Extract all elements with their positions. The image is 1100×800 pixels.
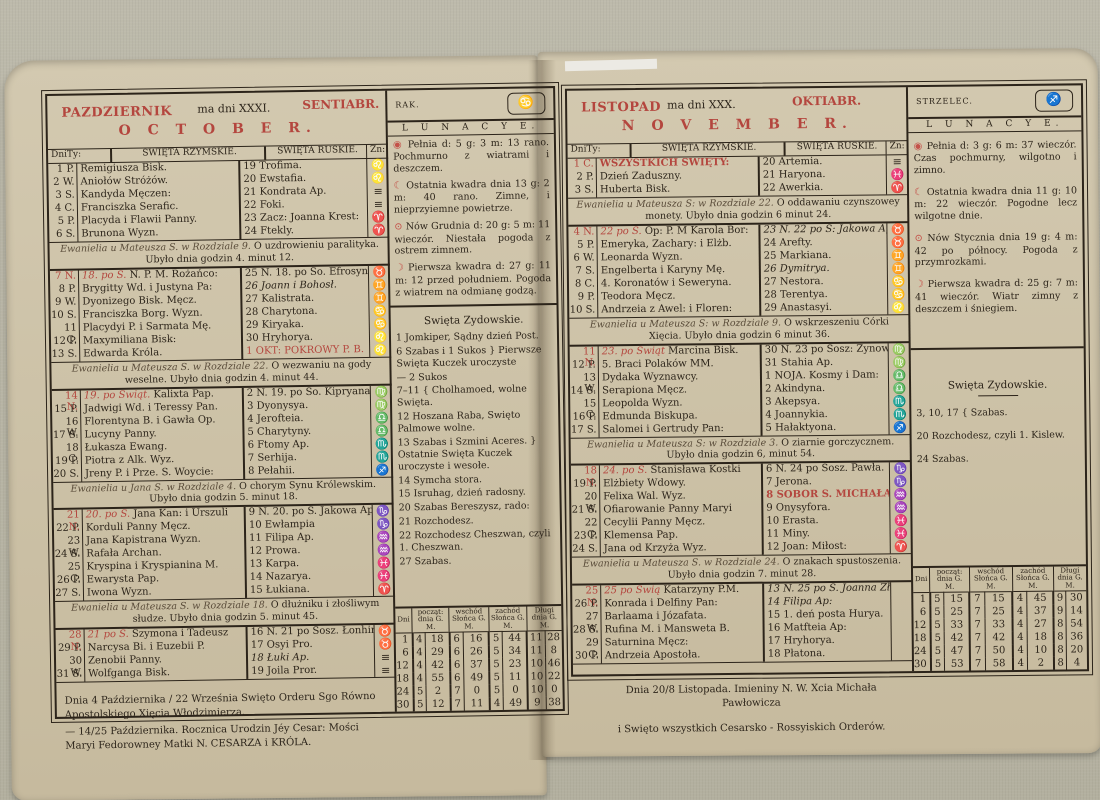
sun-table-cell: 4 — [1066, 656, 1087, 669]
russian-feast: 19 Joila Pror. — [251, 664, 374, 679]
leo-icon: ♌ — [374, 330, 388, 343]
sun-table-cell: 16 — [463, 632, 489, 646]
sun-table-cell: 5 — [489, 645, 503, 658]
day: 6 S. — [49, 229, 75, 242]
november-gospel-4: Ewanielia u Mateusza S. w Rozdziale 24. … — [572, 554, 912, 585]
sun-table-cell: 42 — [985, 631, 1013, 644]
sun-table-cell: 33 — [944, 619, 970, 632]
sun-table-cell: 45 — [1027, 591, 1054, 605]
aquarius-icon: ♒ — [894, 501, 908, 514]
sun-table-cell: 0 — [546, 683, 563, 696]
pisces-icon: ♓ — [377, 570, 391, 583]
russian-feast: 27 Nestora. — [764, 275, 887, 289]
sagittarius-icon: ♐ — [376, 463, 390, 476]
sun-table-cell: 10 — [527, 657, 545, 670]
sun-table-cell: 7 — [970, 644, 985, 657]
october-title-pl: PAZDZIERNIK — [61, 104, 172, 121]
russian-feast: 12 Joan: Miłost: — [767, 541, 890, 555]
sun-table-cell: 18 — [1027, 631, 1054, 644]
new-moon-icon: ⊙ — [394, 222, 403, 233]
sun-table-cell: 5 — [931, 645, 945, 658]
sun-table-header: począt: dnia G. M. — [930, 567, 970, 592]
sun-table-cell: 54 — [1066, 617, 1087, 630]
day: 20 W. — [571, 492, 597, 505]
russian-sunday: 13 N. 25 po S. Joanna Złat: — [767, 582, 890, 596]
footnote-birthday: — 14/25 Października. Rocznica Urodzin J… — [65, 721, 389, 753]
october-calendar: PAZDZIERNIK ma dni XXXI. SENTIABR. O C T… — [45, 86, 565, 719]
october-footnotes: Dnia 4 Października / 22 Września Swięto… — [56, 678, 397, 753]
gemini-icon: ≡ — [381, 664, 390, 677]
day: 21 S. — [571, 505, 597, 518]
lunar-first-quarter: ☽ Pierwsza kwadra d: 27 g: 11 m: 12 prze… — [390, 257, 557, 301]
october-week-3: 14 N. 15 P. 16 W. 17 S. 18 C. 19 P. 20 S… — [52, 385, 393, 482]
taurus-icon: ♉ — [372, 265, 386, 278]
sagittarius-icon: ♐ — [893, 421, 907, 434]
russian-feast: 14 Filipa Ap: — [767, 595, 890, 609]
november-title-en: N O V E M B E R. — [567, 115, 907, 135]
pisces-icon: ♓ — [894, 527, 908, 540]
sun-table-header: Dni — [395, 608, 412, 633]
roman-feast: Wolfganga Bisk. — [88, 666, 246, 681]
sunday: 28 N. — [56, 630, 82, 643]
sun-table-cell: 49 — [504, 697, 529, 710]
sun-table-cell: 22 — [546, 670, 563, 683]
day-holiday: 1 C. — [568, 158, 594, 171]
sun-table-cell: 15 — [985, 592, 1013, 606]
day: 22 P. — [54, 523, 80, 536]
day: 13 W. — [570, 372, 596, 385]
sun-table-cell: 10 — [528, 683, 546, 696]
taurus-icon: ♉ — [378, 638, 392, 651]
day: 29 C. — [573, 637, 599, 650]
russian-feast: 10 Erasta. — [766, 515, 889, 529]
sun-table-header: Długi dnia G. M. — [1053, 566, 1086, 591]
sun-table-header: Długi dnia G. M. — [527, 606, 562, 631]
sun-table-cell: 11 — [503, 671, 528, 684]
november-title-pl: LISTOPAD — [581, 100, 661, 116]
sun-table-cell: 26 — [464, 645, 490, 658]
october-days-count: ma dni XXXI. — [197, 103, 270, 117]
day: 27 S. — [55, 588, 81, 601]
sunday: 4 N. — [568, 226, 594, 239]
pisces-icon: ♓ — [377, 557, 391, 570]
russian-feast: 5 Hałaktyona. — [765, 421, 888, 435]
jewish-holiday: 13 Szabas i Szmini Aceres. } Ostatnie Sw… — [393, 434, 560, 474]
day: 9 P. — [569, 291, 595, 304]
footnote-order-vladimir: Dnia 4 Października / 22 Września Swięto… — [65, 690, 389, 722]
virgo-icon: ♍ — [375, 398, 389, 411]
roman-feast: Edwarda Króla. — [83, 346, 241, 361]
sun-table-cell: 36 — [1066, 630, 1087, 643]
libra-icon: ♎ — [375, 424, 389, 437]
libra-icon: ♎ — [893, 369, 907, 382]
lunar-full-moon: ◉ Pełnia d: 5 g: 3 m: 13 rano. Pochmurno… — [388, 134, 555, 178]
gemini-icon: ♊ — [891, 262, 905, 275]
november-main-column: LISTOPAD ma dni XXX. OKTIABR. N O V E M … — [567, 87, 913, 675]
aquarius-icon: ≡ — [373, 185, 382, 198]
sun-table-cell: 10 — [1028, 644, 1055, 657]
sunday: 21 N. — [54, 510, 80, 523]
scorpio-icon: ♏ — [893, 408, 907, 421]
sun-table-cell: 7 — [450, 698, 464, 711]
sun-table-cell: 44 — [503, 631, 528, 645]
pisces-icon: ♓ — [890, 168, 904, 181]
zodiac-column: ♍ ♍ ♎ ♎ ♏ ♏ ♐ — [888, 343, 911, 434]
aries-icon: ♈ — [894, 540, 908, 553]
col-days: DniTy: — [568, 144, 630, 158]
october-header: PAZDZIERNIK ma dni XXXI. SENTIABR. O C T… — [47, 91, 388, 150]
day: 30 W. — [56, 656, 82, 669]
november-zodiac-sign: STRZELEC. ♐ — [908, 85, 1081, 119]
aquarius-icon: ≡ — [374, 198, 383, 211]
november-sun-table: Dni począt: dnia G. M. wschód Słońca G. … — [913, 564, 1087, 671]
lunar-new-moon: ⊙ Nów Grudnia d: 20 g: 5 m: 11 wieczór. … — [389, 216, 556, 260]
sun-table-cell: 2 — [426, 685, 450, 698]
sun-table-cell: 33 — [985, 618, 1013, 631]
sun-table-cell: 50 — [985, 644, 1013, 657]
sun-table-header: zachód Słońca G. M. — [1012, 567, 1053, 592]
sun-table-cell: 4 — [1013, 657, 1028, 670]
sun-table-cell: 7 — [969, 592, 984, 606]
sun-table-cell: 29 — [426, 646, 450, 659]
november-gospel-1: Ewanielia u Mateusza S: w Rozdziale 22. … — [568, 195, 908, 226]
lunar-full-moon: ◉ Pełnia d: 3 g: 6 m: 37 wieczór. Czas p… — [908, 131, 1081, 179]
sun-table-cell: 30 — [397, 698, 414, 711]
russian-feast: 24 Arefty. — [764, 236, 887, 250]
roman-feast: Kalixta Pap. — [153, 388, 214, 400]
day: 6 W. — [569, 252, 595, 265]
day: 15 P. — [52, 403, 78, 416]
col-roman-feasts: SWIĘTA RZYMSKIE. — [630, 142, 784, 157]
sun-table-cell: 14 — [1066, 604, 1087, 617]
russian-feast: 7 Jerona. — [766, 476, 889, 490]
footnote-name-day: Dnia 20/8 Listopada. Imieniny N. W. Xcia… — [597, 681, 905, 711]
day: 5 P. — [49, 216, 75, 229]
sun-table-cell: 25 — [985, 605, 1013, 618]
roman-feast: N. P. M. Rożańco: — [129, 268, 218, 280]
aries-icon: ♈ — [377, 583, 391, 596]
sun-table-cell: 37 — [464, 658, 490, 671]
october-side-column: RAK. ♋ L U N A C Y E. ◉ Pełnia d: 5 g: 3… — [385, 88, 563, 712]
sunday-label: 24. po S. — [603, 465, 647, 476]
sun-table-cell: 5 — [930, 632, 944, 645]
virgo-icon: ♍ — [374, 385, 388, 398]
russian-feast: 16 Matfteia Ap: — [768, 621, 891, 635]
sun-table-cell: 7 — [970, 618, 985, 631]
libra-icon: ♎ — [375, 411, 389, 424]
sun-table-cell: 37 — [1027, 605, 1054, 618]
sun-table-cell: 4 — [490, 697, 504, 710]
leo-icon: ♌ — [371, 172, 385, 185]
sun-table-cell: 5 — [930, 592, 944, 606]
sun-table-cell: 38 — [546, 696, 563, 709]
russian-feast: 4 Joannykia. — [765, 408, 888, 422]
sun-table-cell: 18 — [396, 672, 413, 685]
november-side-column: STRZELEC. ♐ L U N A C Y E. ◉ Pełnia d: 3… — [906, 85, 1087, 671]
jewish-holiday: 7–11 { Cholhamoed, wolne Swięta. — [392, 383, 558, 411]
sun-table-header: wschód Słońca G. M. — [969, 567, 1012, 592]
sun-table-cell: 8 — [1054, 618, 1066, 631]
sun-table-cell: 4 — [413, 672, 426, 685]
russian-sunday: 30 N. 23 po Sosz: Zynowia. — [765, 343, 888, 357]
sunday-label: 21 po S. — [88, 629, 129, 641]
sunday-label: 20. po S. — [86, 509, 131, 521]
lunar-last-quarter: ☾ Ostatnia kwadra dnia 13 g: 2 m: 40 ran… — [388, 175, 555, 219]
lunar-new-moon: ⊙ Nów Stycznia dnia 19 g: 4 m: 42 po pół… — [909, 223, 1082, 271]
day: 3 S. — [49, 190, 75, 203]
day: 13 S. — [51, 348, 77, 361]
sun-table-cell: 11 — [527, 644, 545, 657]
october-title-en: O C T O B E R. — [48, 119, 388, 141]
zodiac-column: ≡ ♓ ♈ — [886, 155, 908, 194]
sun-table-cell: 42 — [426, 659, 450, 672]
sun-table-cell: 6 — [396, 646, 413, 659]
russian-feast: 24 Ftekly. — [244, 224, 367, 239]
day: 27 W. — [572, 611, 598, 624]
leo-icon: ♌ — [892, 301, 906, 314]
november-gospel-3: Ewanielia u Mateusza S: w Rozdziale 3. O… — [571, 435, 911, 466]
leo-icon: ♌ — [374, 343, 388, 356]
gemini-icon: ♊ — [891, 249, 905, 262]
sun-table-cell: 0 — [503, 684, 528, 697]
sun-table-cell: 6 — [450, 659, 464, 672]
sun-table-cell: 5 — [490, 671, 504, 684]
roman-feast: Stanisława Kostki — [650, 464, 740, 476]
day: 26 P. — [55, 575, 81, 588]
sun-table-cell: 53 — [945, 658, 971, 671]
sun-table-cell: 18 — [426, 632, 450, 646]
sun-table-cell: 8 — [1054, 657, 1066, 670]
sun-table-cell: 5 — [413, 698, 426, 711]
scorpio-icon: ♏ — [893, 395, 907, 408]
day: 2 W. — [48, 177, 74, 190]
sun-table-cell: 0 — [464, 684, 490, 697]
aquarius-icon: ♒ — [377, 531, 391, 544]
scorpio-icon: ♏ — [375, 450, 389, 463]
sun-table-cell: 24 — [396, 685, 413, 698]
roman-feast: Andrzeia Apostoła. — [605, 649, 763, 664]
roman-feast: Brunona Wyzn. — [81, 226, 239, 241]
taurus-icon: ♉ — [891, 223, 905, 236]
november-jewish-holidays: Swięta Zydowskie. 3, 10, 17 { Szabas. 20… — [911, 346, 1085, 467]
russian-feast-st-michael: 8 SOBOR S. MICHAŁA — [766, 489, 889, 503]
col-zodiac: Zn: — [366, 145, 388, 158]
sun-table-cell: 30 — [914, 658, 931, 671]
sun-table-cell: 10 — [528, 670, 546, 683]
jewish-holiday: 24 Szabas. — [912, 442, 1085, 467]
divider — [978, 395, 1018, 396]
jewish-holiday: 27 Szabas. — [394, 553, 560, 569]
day: 28 S. — [573, 624, 599, 637]
sun-table-cell: 8 — [1054, 631, 1066, 644]
sunday: 11 N. — [570, 346, 596, 359]
day: 16 W. — [52, 416, 78, 429]
sunday: 14 N. — [52, 390, 78, 403]
sun-table-cell: 1 — [913, 592, 930, 606]
capricorn-icon: ♑ — [894, 475, 908, 488]
virgo-icon: ♍ — [892, 356, 906, 369]
day: 24 S. — [572, 544, 598, 557]
last-quarter-icon: ☾ — [914, 187, 923, 198]
jewish-holiday: 20 Rozchodesz, czyli 1. Kislew. — [911, 419, 1084, 444]
libra-icon: ♎ — [893, 382, 907, 395]
lunar-last-quarter: ☾ Ostatnia kwadra dnia 11 g: 10 m: 22 wi… — [909, 177, 1082, 225]
november-week-3: 11 N. 12 P. 13 W. 14 S. 15 C. 16 P. 17 S… — [570, 343, 911, 439]
col-russian-feasts: SWIĘTA RUSKIE. — [784, 141, 886, 155]
sun-table-cell: 4 — [412, 633, 425, 647]
sagittarius-centaur-icon: ♐ — [1035, 89, 1073, 111]
sun-table-cell: 4 — [1013, 605, 1028, 618]
sun-row: 305537584284 — [914, 656, 1087, 671]
day: 17 S. — [570, 424, 596, 437]
day: 18 C. — [53, 442, 79, 455]
sunday-label: 22 po S. — [600, 226, 641, 237]
russian-feast: 9 Onysyfora. — [766, 502, 889, 516]
sun-table-cell: 5 — [413, 685, 426, 698]
aquarius-icon: ≡ — [893, 155, 902, 168]
sun-table-cell: 55 — [426, 672, 450, 685]
cancer-icon: ♋ — [892, 275, 906, 288]
day: 24 S. — [54, 549, 80, 562]
capricorn-icon: ♑ — [894, 462, 908, 475]
sun-table-header: począt: dnia G. M. — [412, 608, 449, 633]
october-week-5: 28 N. 29 P. 30 W. 31 S. 21 po S. Szymona… — [56, 625, 397, 683]
november-footnotes: Dnia 20/8 Listopada. Imieniny N. W. Xcia… — [573, 661, 914, 737]
cancer-icon: ♋ — [373, 317, 387, 330]
zodiac-column: ♑ ♑ ♒ ♒ ♓ ♓ ♈ — [889, 462, 912, 553]
day: 9 W. — [50, 296, 76, 309]
day: 29 P. — [56, 643, 82, 656]
october-main-column: PAZDZIERNIK ma dni XXXI. SENTIABR. O C T… — [47, 91, 397, 717]
sun-table-cell: 5 — [490, 684, 504, 697]
russian-feast: 29 Anastasyi. — [764, 301, 887, 315]
sun-table-cell: 42 — [944, 632, 970, 645]
sun-table-cell: 20 — [1066, 643, 1087, 656]
sun-table-cell: 15 — [944, 592, 970, 606]
sun-table-cell: 7 — [970, 631, 985, 644]
russian-feast: 11 Miny. — [767, 528, 890, 542]
gemini-icon: ≡ — [381, 651, 390, 664]
russian-feast: 28 Terentya. — [764, 288, 887, 302]
sun-table-cell: 25 — [944, 606, 970, 619]
sun-table-cell: 24 — [914, 645, 931, 658]
november-week-1: 1 C. 2 P. 3 S. WSZYSTKICH SWIĘTY: Dzień … — [568, 155, 908, 199]
russian-feast: 26 Dymitrya. — [764, 262, 887, 276]
november-days-count: ma dni XXX. — [667, 99, 736, 113]
jewish-holidays-title: Swięta Zydowskie. — [911, 348, 1084, 396]
roman-feast: Huberta Bisk. — [600, 183, 758, 198]
october-lunar-phases: ◉ Pełnia d: 5 g: 3 m: 13 rano. Pochmurno… — [388, 134, 557, 302]
zodiac-label: STRZELEC. — [916, 97, 973, 107]
jewish-holidays-title: Swięta Zydowskie. — [391, 305, 557, 332]
sun-table-cell: 28 — [545, 630, 562, 644]
sun-table-cell: 7 — [450, 685, 464, 698]
sun-table-cell: 12 — [914, 619, 931, 632]
november-header: LISTOPAD ma dni XXX. OKTIABR. N O V E M … — [567, 87, 908, 145]
day: 30 P. — [573, 650, 599, 663]
col-roman-feasts: SWIĘTA RZYMSKIE. — [110, 147, 264, 162]
day: 17 S. — [52, 429, 78, 442]
russian-feast: 17 Hryhorya. — [768, 634, 891, 648]
day: 8 P. — [50, 283, 76, 296]
october-week-1: 1 P. 2 W. 3 S. 4 C. 5 P. 6 S. Remigiusza… — [48, 159, 389, 243]
sun-table-cell: 9 — [1054, 591, 1066, 605]
sun-table-cell: 6 — [450, 672, 464, 685]
sun-table-cell: 5 — [931, 658, 945, 671]
sun-table-cell: 4 — [1012, 591, 1027, 605]
sunday-label: 23. po Swiąt — [602, 345, 665, 357]
zodiac-column: ♉ ♉ ♊ ♊ ♋ ♋ ♌ — [886, 223, 909, 314]
november-week-4: 18 N. 19 P. 20 W. 21 S. 22 C. 23 P. 24 S… — [571, 462, 912, 558]
sun-table-cell: 7 — [970, 605, 985, 618]
gemini-icon: ♊ — [373, 278, 387, 291]
jewish-holiday: 22 Rozchodesz Cheszwan, czyli 1. Cheszwa… — [394, 527, 560, 555]
russian-sunday: 6 N. 24 po Sosz. Pawła. — [766, 463, 889, 477]
russian-sunday: 23 N. 22 po S: Jakowa Apo. — [763, 223, 886, 237]
taurus-icon: ♉ — [378, 625, 392, 638]
new-moon-icon: ⊙ — [914, 233, 923, 244]
first-quarter-icon: ☽ — [915, 279, 924, 290]
aquarius-icon: ♒ — [894, 488, 908, 501]
jewish-holiday: 12 Hoszana Raba, Swięto Palmowe wolne. — [392, 408, 558, 436]
cancer-icon: ♋ — [373, 304, 387, 317]
sun-table-cell: 5 — [930, 619, 944, 632]
november-title-ru: OKTIABR. — [792, 94, 861, 109]
russian-feast: 25 Markiana. — [764, 249, 887, 263]
november-lunar-phases: ◉ Pełnia d: 3 g: 6 m: 37 wieczór. Czas p… — [908, 131, 1083, 318]
russian-feast: 22 Awerkia. — [763, 181, 886, 195]
sun-table-cell: 9 — [1054, 605, 1066, 618]
sunday-label: 18. po S. — [82, 270, 127, 282]
zodiac-column — [890, 582, 913, 660]
sun-table-cell: 2 — [1028, 657, 1055, 670]
col-russian-feasts: SWIĘTA RUSKIE. — [264, 145, 366, 160]
scorpio-icon: ♏ — [375, 437, 389, 450]
full-moon-icon: ◉ — [913, 141, 923, 152]
day: 16 P. — [570, 411, 596, 424]
russian-feast: 8 Pełahii. — [248, 463, 371, 478]
russian-feast: 15 1. deń posta Hurya. — [767, 608, 890, 622]
day: 11 C. — [51, 322, 77, 335]
sun-table-cell: 4 — [1013, 631, 1028, 644]
sun-table-cell: 27 — [1027, 618, 1054, 631]
sun-table-cell: 11 — [464, 697, 490, 710]
pisces-icon: ♓ — [894, 514, 908, 527]
day: 23 W. — [54, 536, 80, 549]
sun-table-cell: 23 — [503, 658, 528, 671]
col-zodiac: Zn: — [886, 141, 908, 154]
october-title-ru: SENTIABR. — [302, 97, 379, 112]
sun-table-cell: 47 — [945, 645, 971, 658]
russian-feast: 2 Akindyna. — [765, 382, 888, 396]
roman-feast: Salomei i Gertrudy Pan: — [602, 422, 760, 437]
sun-table-cell: 49 — [464, 671, 490, 684]
russian-feast: 3 Akepsya. — [765, 395, 888, 409]
roman-feast: Marcina Bisk. — [668, 344, 738, 356]
sun-table-cell: 6 — [913, 606, 930, 619]
sun-table-header: Dni — [913, 568, 930, 593]
aries-icon: ♈ — [372, 224, 386, 237]
day: 12 P. — [570, 359, 596, 372]
leo-icon: ♌ — [371, 159, 385, 172]
sun-table-cell: 4 — [1013, 618, 1028, 631]
last-quarter-icon: ☾ — [394, 180, 403, 191]
day: 7 S. — [569, 265, 595, 278]
day: 14 S. — [570, 385, 596, 398]
roman-feast: Andrzeia z Awel: i Floren: — [601, 302, 759, 317]
sun-table-cell: 9 — [528, 696, 546, 709]
sun-table-cell: 12 — [396, 659, 413, 672]
